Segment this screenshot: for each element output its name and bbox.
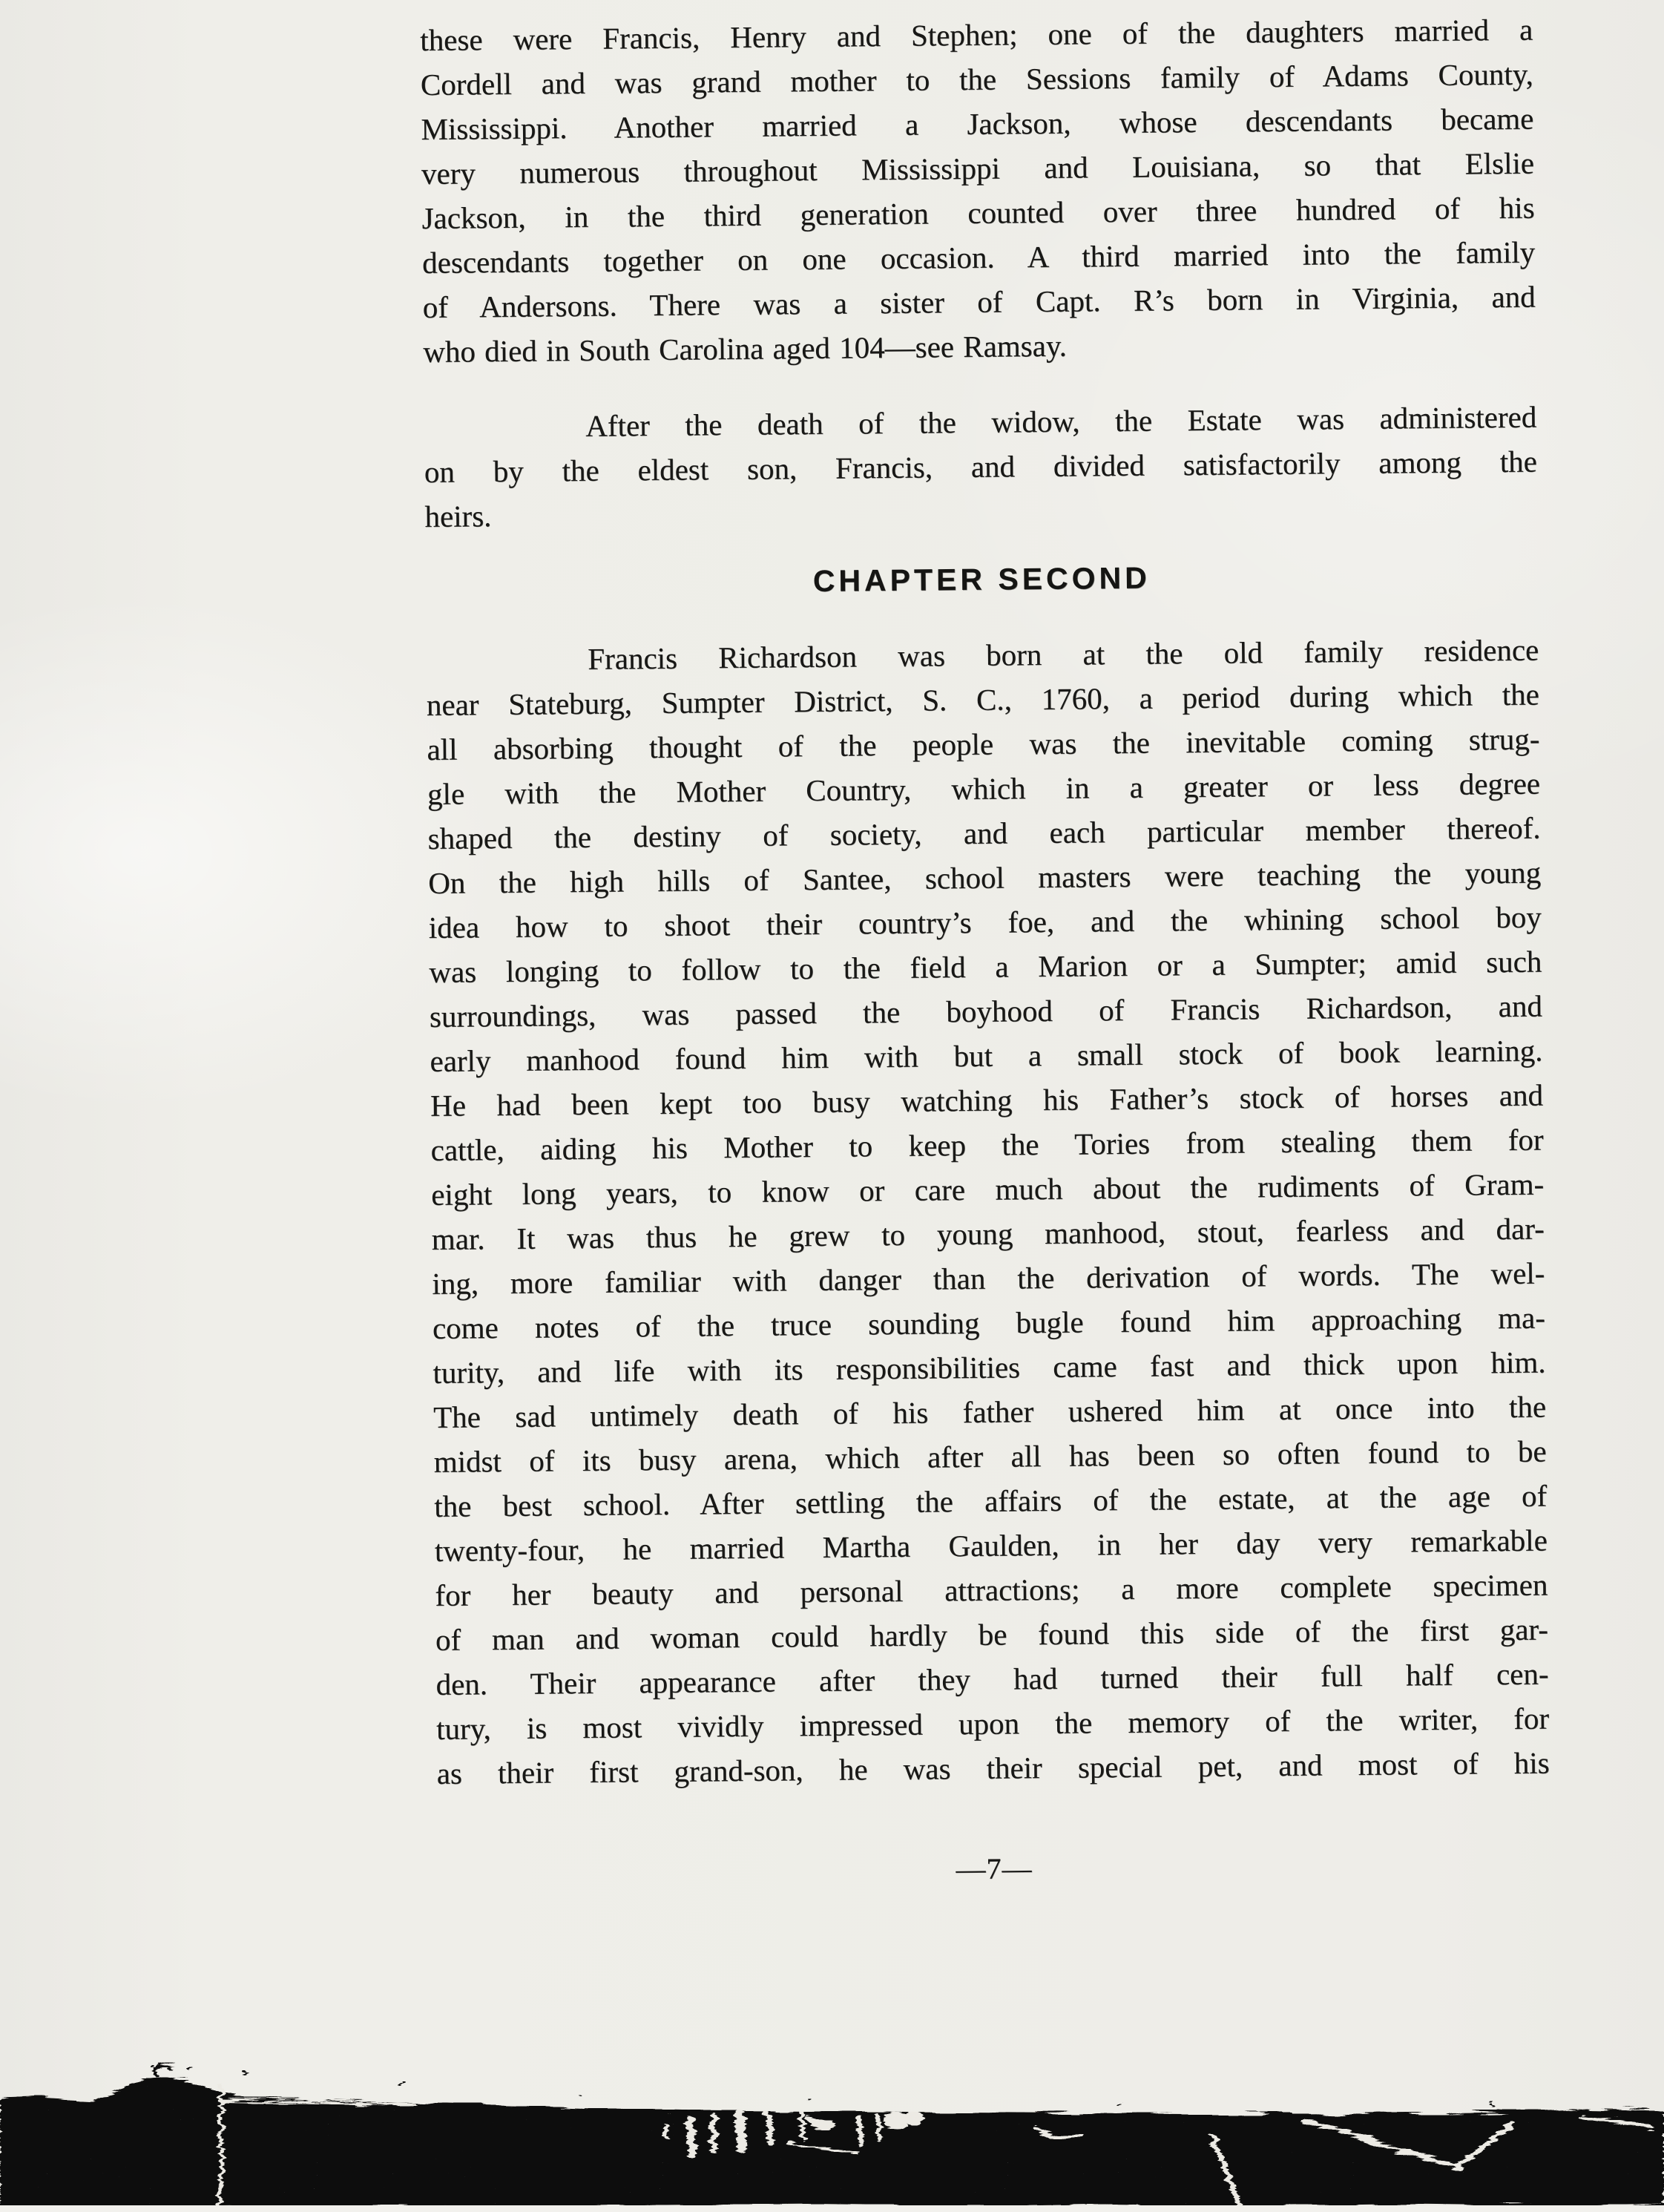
paragraph: these were Francis, Henry and Stephen; o…: [420, 7, 1536, 374]
band-bottom-paper-strip: [0, 2205, 1664, 2212]
scan-artifact-band: [0, 2026, 1664, 2212]
band-texture: [0, 2077, 1664, 2208]
paragraph: Francis Richardson was born at the old f…: [426, 628, 1550, 1796]
chapter-heading: CHAPTER SECOND: [425, 557, 1538, 603]
page-text-block: these were Francis, Henry and Stephen; o…: [420, 7, 1550, 1891]
paragraph: After the death of the widow, the Estate…: [424, 395, 1538, 539]
page-number: —7—: [438, 1845, 1550, 1891]
scanned-book-page: these were Francis, Henry and Stephen; o…: [0, 0, 1664, 2212]
